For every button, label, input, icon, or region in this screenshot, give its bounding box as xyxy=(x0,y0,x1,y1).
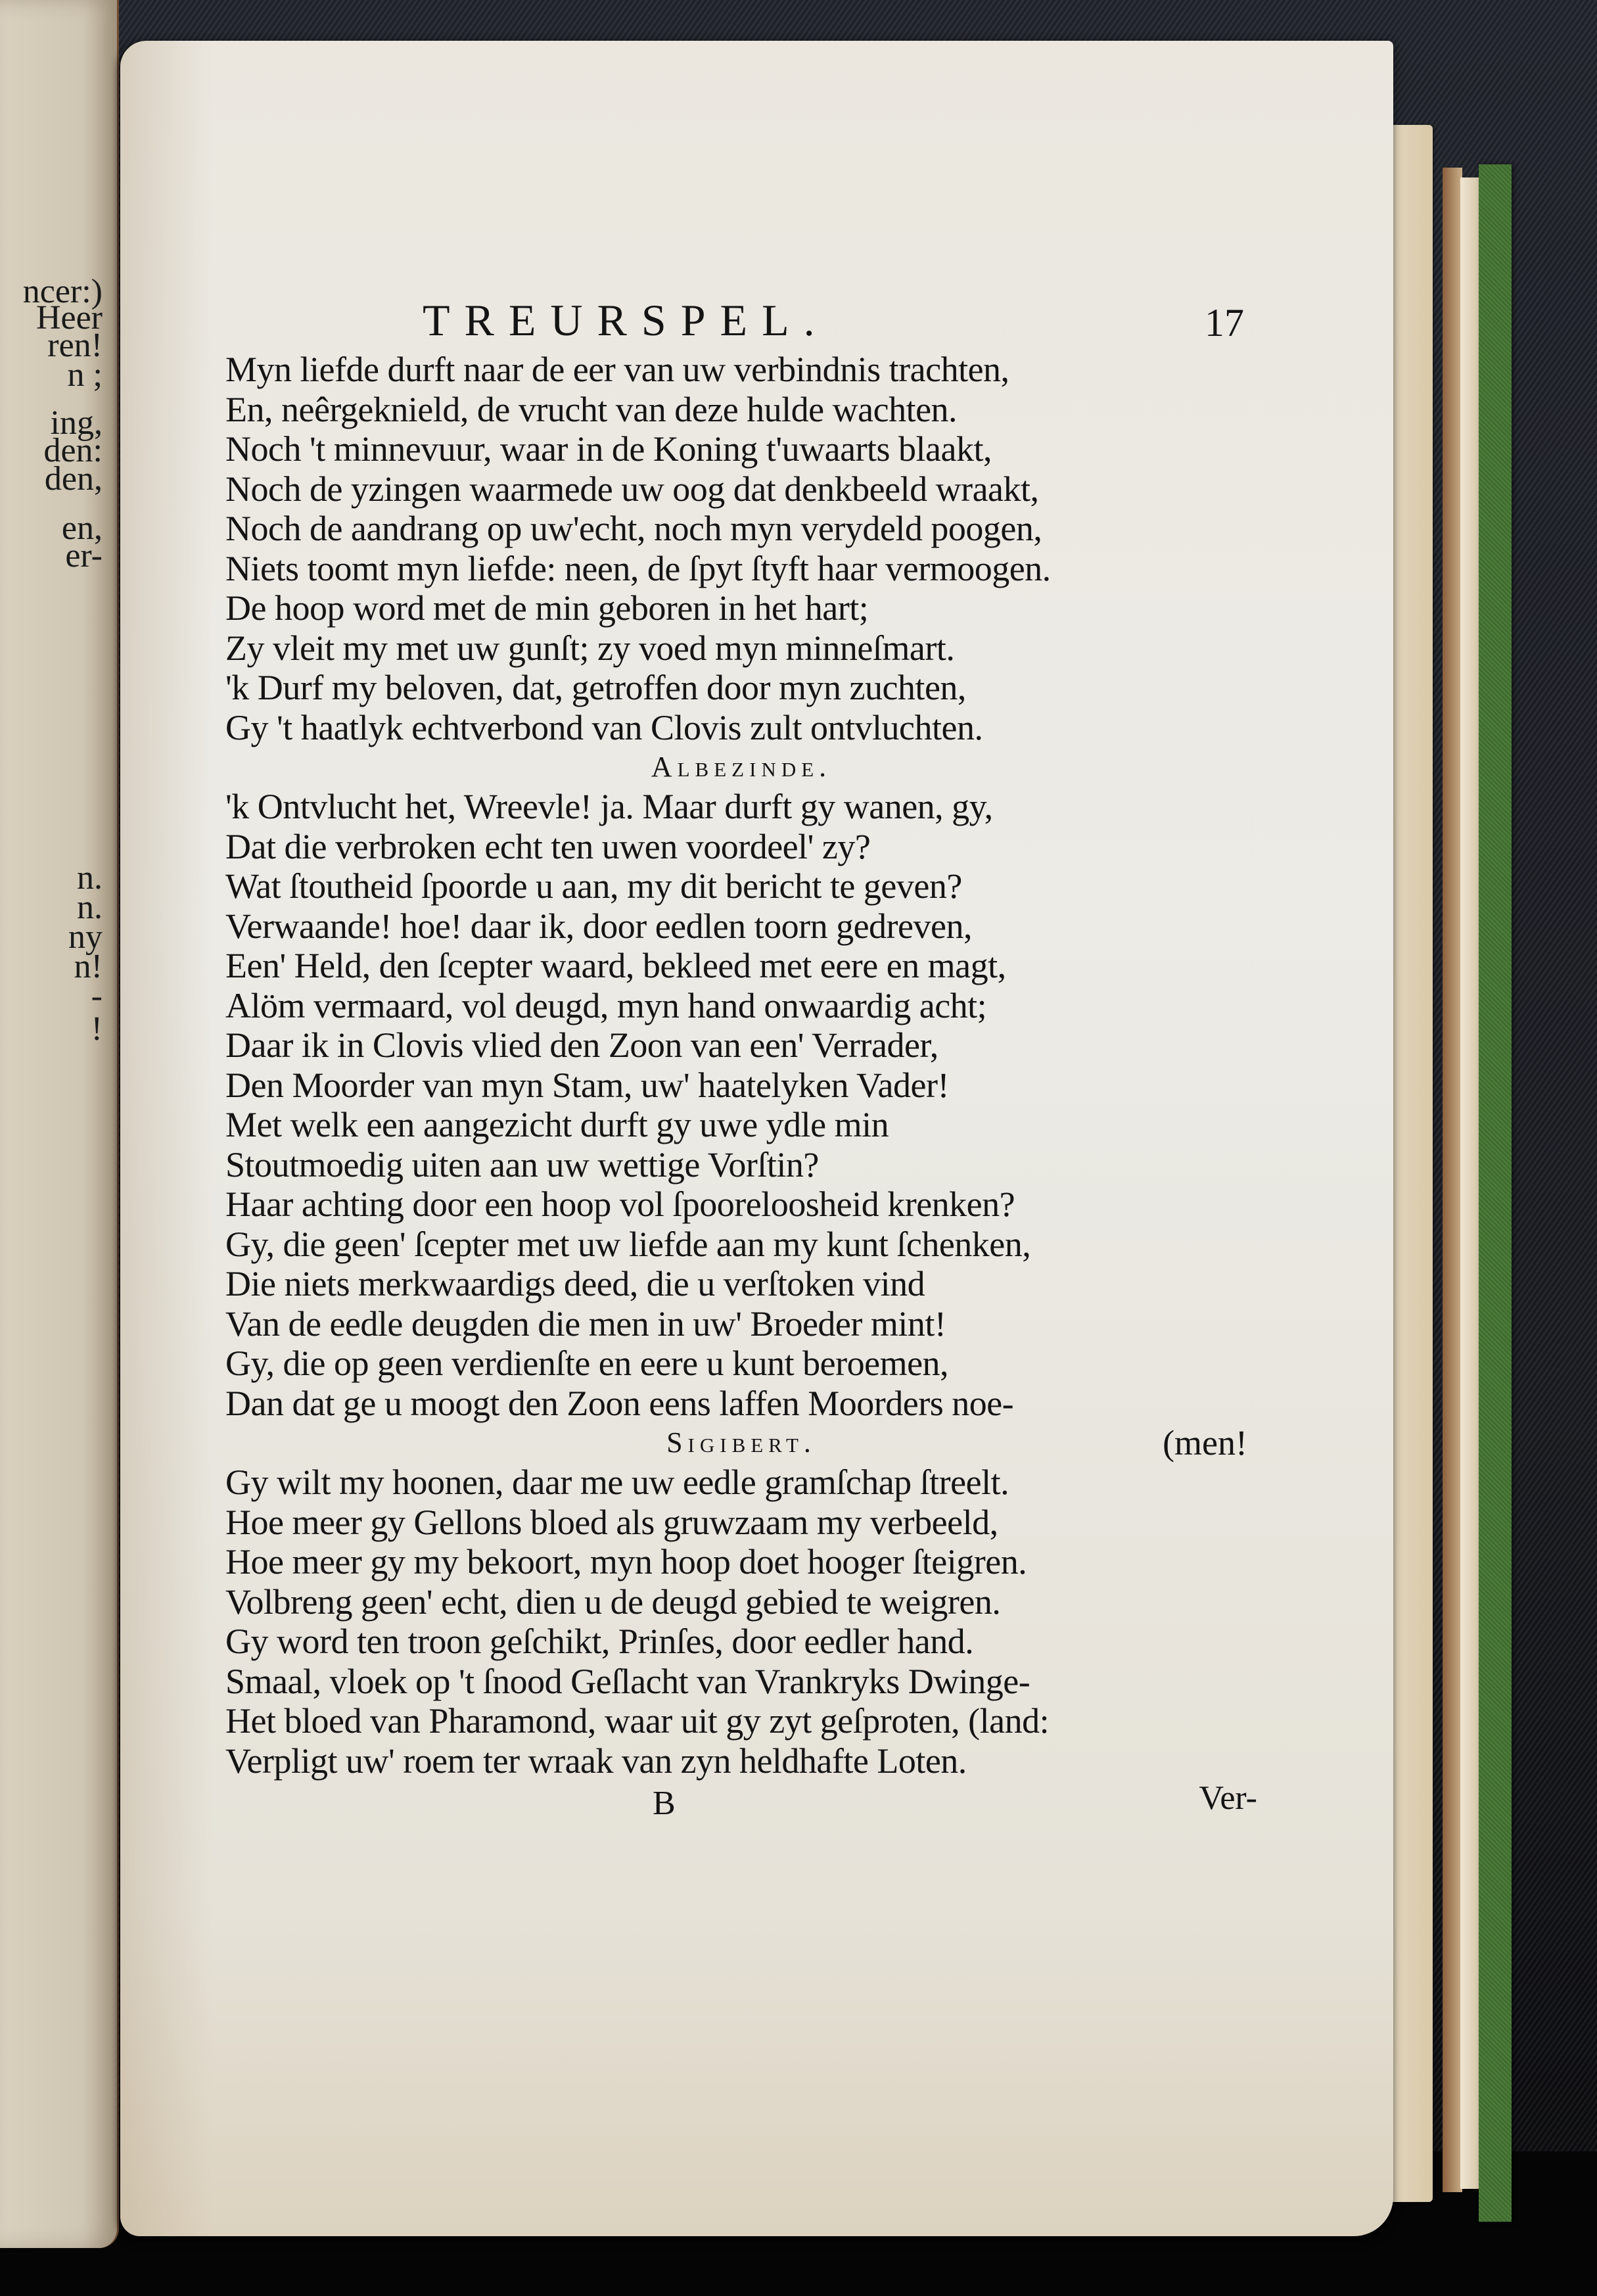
endpaper-edge xyxy=(1460,177,1479,2189)
verse-line: Dan dat ge u moogt den Zoon eens laffen … xyxy=(225,1384,1257,1424)
verse-line: Dat die verbroken echt ten uwen voordeel… xyxy=(225,827,1257,867)
running-head: TREURSPEL. xyxy=(423,291,829,350)
verse-line: Gy wilt my hoonen, daar me uw eedle gram… xyxy=(225,1463,1257,1503)
verse-line: Die niets merkwaardigs deed, die u verſt… xyxy=(225,1264,1257,1304)
verse-line: Alöm vermaard, vol deugd, myn hand onwaa… xyxy=(225,986,1257,1026)
verse-line: Noch de aandrang op uw'echt, noch myn ve… xyxy=(225,509,1257,549)
speaker-label: Sigibert. xyxy=(666,1426,816,1459)
verse-line: 'k Ontvlucht het, Wreevle! ja. Maar durf… xyxy=(225,787,1257,827)
verse-line: Gy word ten troon geſchikt, Prinſes, doo… xyxy=(225,1622,1257,1662)
verso-text-fragment: n ; xyxy=(68,358,103,392)
turnover-line-end: (men! xyxy=(1163,1423,1247,1463)
speaker-name: Albezinde. xyxy=(225,747,1257,787)
verse-line: Wat ſtoutheid ſpoorde u aan, my dit beri… xyxy=(225,866,1257,906)
verse-line: Gy, die geen' ſcepter met uw liefde aan … xyxy=(225,1225,1257,1265)
speaker-label: Albezinde. xyxy=(651,751,831,783)
verse-line: Verwaande! hoe! daar ik, door eedlen too… xyxy=(225,906,1257,947)
verso-text-fragment: den, xyxy=(45,462,103,496)
verse-line: Verpligt uw' roem ter wraak van zyn held… xyxy=(225,1741,1257,1781)
green-cloth-cover xyxy=(1479,164,1512,2222)
verse-line: Een' Held, den ſcepter waard, bekleed me… xyxy=(225,946,1257,986)
verse-line: Myn liefde durft naar de eer van uw verb… xyxy=(225,350,1257,390)
verso-text-fragment: er- xyxy=(65,539,103,573)
verse-line: Niets toomt myn liefde: neen, de ſpyt ſt… xyxy=(225,549,1257,589)
verse-line: Den Moorder van myn Stam, uw' haatelyken… xyxy=(225,1066,1257,1106)
verse-line: Van de eedle deugden die men in uw' Broe… xyxy=(225,1304,1257,1344)
verse-line: 'k Durf my beloven, dat, getroffen door … xyxy=(225,668,1257,708)
verse-line: Haar achting door een hoop vol ſpooreloo… xyxy=(225,1184,1257,1225)
verse-line: Het bloed van Pharamond, waar uit gy zyt… xyxy=(225,1701,1257,1741)
speaker-name: Sigibert.(men! xyxy=(225,1423,1257,1463)
page-stack-shadow xyxy=(1443,168,1462,2192)
signature-mark: B xyxy=(653,1781,676,1827)
catchword: Ver- xyxy=(1199,1775,1257,1821)
verse-line: Volbreng geen' echt, dien u de deugd geb… xyxy=(225,1582,1257,1622)
verse-line: En, neêrgeknield, de vrucht van deze hul… xyxy=(225,390,1257,430)
verse-line: Stoutmoedig uiten aan uw wettige Vorſtin… xyxy=(225,1145,1257,1185)
verse-line: Gy, die op geen verdienſte en eere u kun… xyxy=(225,1344,1257,1384)
page-footer: B Ver- xyxy=(225,1781,1257,1827)
verse-line: Noch 't minnevuur, waar in de Koning t'u… xyxy=(225,429,1257,469)
verse-line: Noch de yzingen waarmede uw oog dat denk… xyxy=(225,469,1257,509)
text-block: TREURSPEL. 17 Myn liefde durft naar de e… xyxy=(225,291,1257,1827)
verse-line: Daar ik in Clovis vlied den Zoon van een… xyxy=(225,1025,1257,1066)
verse-line: De hoop word met de min geboren in het h… xyxy=(225,588,1257,628)
verse-line: Zy vleit my met uw gunſt; zy voed myn mi… xyxy=(225,628,1257,668)
verso-text-fragment: - xyxy=(91,979,103,1014)
left-page-verso: ncer:)Heerren!n ;ing,den:den,en,er-n.n.n… xyxy=(0,0,119,2248)
verse-line: Hoe meer gy my bekoort, myn hoop doet ho… xyxy=(225,1542,1257,1582)
page-header: TREURSPEL. 17 xyxy=(225,291,1257,350)
page-number: 17 xyxy=(1205,293,1244,352)
verse-line: Smaal, vloek op 't ſnood Geſlacht van Vr… xyxy=(225,1662,1257,1702)
verso-text-fragment: ! xyxy=(91,1012,103,1046)
verse-line: Hoe meer gy Gellons bloed als gruwzaam m… xyxy=(225,1503,1257,1543)
recto-page: TREURSPEL. 17 Myn liefde durft naar de e… xyxy=(120,41,1393,2236)
verse-line: Gy 't haatlyk echtverbond van Clovis zul… xyxy=(225,708,1257,748)
verse-body: Myn liefde durft naar de eer van uw verb… xyxy=(225,350,1257,1781)
verse-line: Met welk een aangezicht durft gy uwe ydl… xyxy=(225,1105,1257,1145)
